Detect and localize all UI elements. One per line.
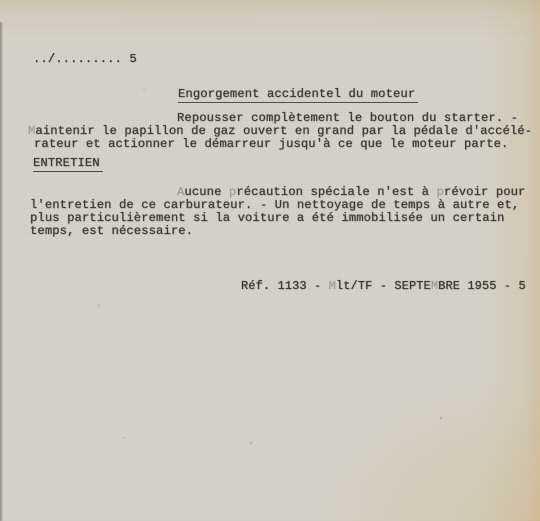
section-heading-line: ENTRETIEN	[33, 156, 103, 172]
paragraph2-line3: plus particulièrement si la voiture a ét…	[30, 211, 504, 225]
paragraph1-line1: Repousser complètement le bouton du star…	[177, 111, 518, 125]
faint-letter: p	[229, 185, 236, 199]
paragraph1-line2: Maintenir le papillon de gaz ouvert en g…	[28, 124, 532, 138]
faint-letter: M	[329, 279, 336, 293]
section-heading: ENTRETIEN	[33, 156, 103, 172]
reference-seg3: BRE 1955 - 5	[438, 279, 526, 293]
paragraph1-line2-text: aintenir le papillon de gaz ouvert en gr…	[35, 124, 532, 138]
page-continuation-marker: ../......... 5	[33, 52, 137, 66]
paragraph2-line1-seg1: ucune	[184, 185, 228, 199]
scan-edge-shadow	[0, 22, 3, 521]
faint-initial: M	[28, 124, 35, 138]
paragraph2-line2: l'entretien de ce carburateur. - Un nett…	[30, 198, 519, 212]
paragraph2-line1: Aucune précaution spéciale n'est à prévo…	[177, 185, 525, 199]
paragraph2-line1-seg2: récaution spéciale n'est à	[236, 185, 436, 199]
reference-seg1: Réf. 1133 -	[241, 279, 329, 293]
paragraph1-line3: rateur et actionner le démarreur jusqu'à…	[34, 137, 508, 151]
document-title-line: Engorgement accidentel du moteur	[178, 87, 418, 103]
reference-seg2: lt/TF - SEPTE	[336, 279, 431, 293]
paragraph2-line4: temps, est nécessaire.	[30, 224, 193, 238]
scanned-manual-page: ../......... 5 Engorgement accidentel du…	[0, 0, 540, 521]
faint-letter: p	[437, 185, 444, 199]
reference-line: Réf. 1133 - Mlt/TF - SEPTEMBRE 1955 - 5	[241, 279, 526, 293]
faint-letter: M	[431, 279, 438, 293]
faint-initial: A	[177, 185, 184, 199]
paragraph2-line1-seg3: révoir pour	[444, 185, 526, 199]
paper-specks	[440, 417, 442, 419]
document-title: Engorgement accidentel du moteur	[178, 87, 418, 103]
